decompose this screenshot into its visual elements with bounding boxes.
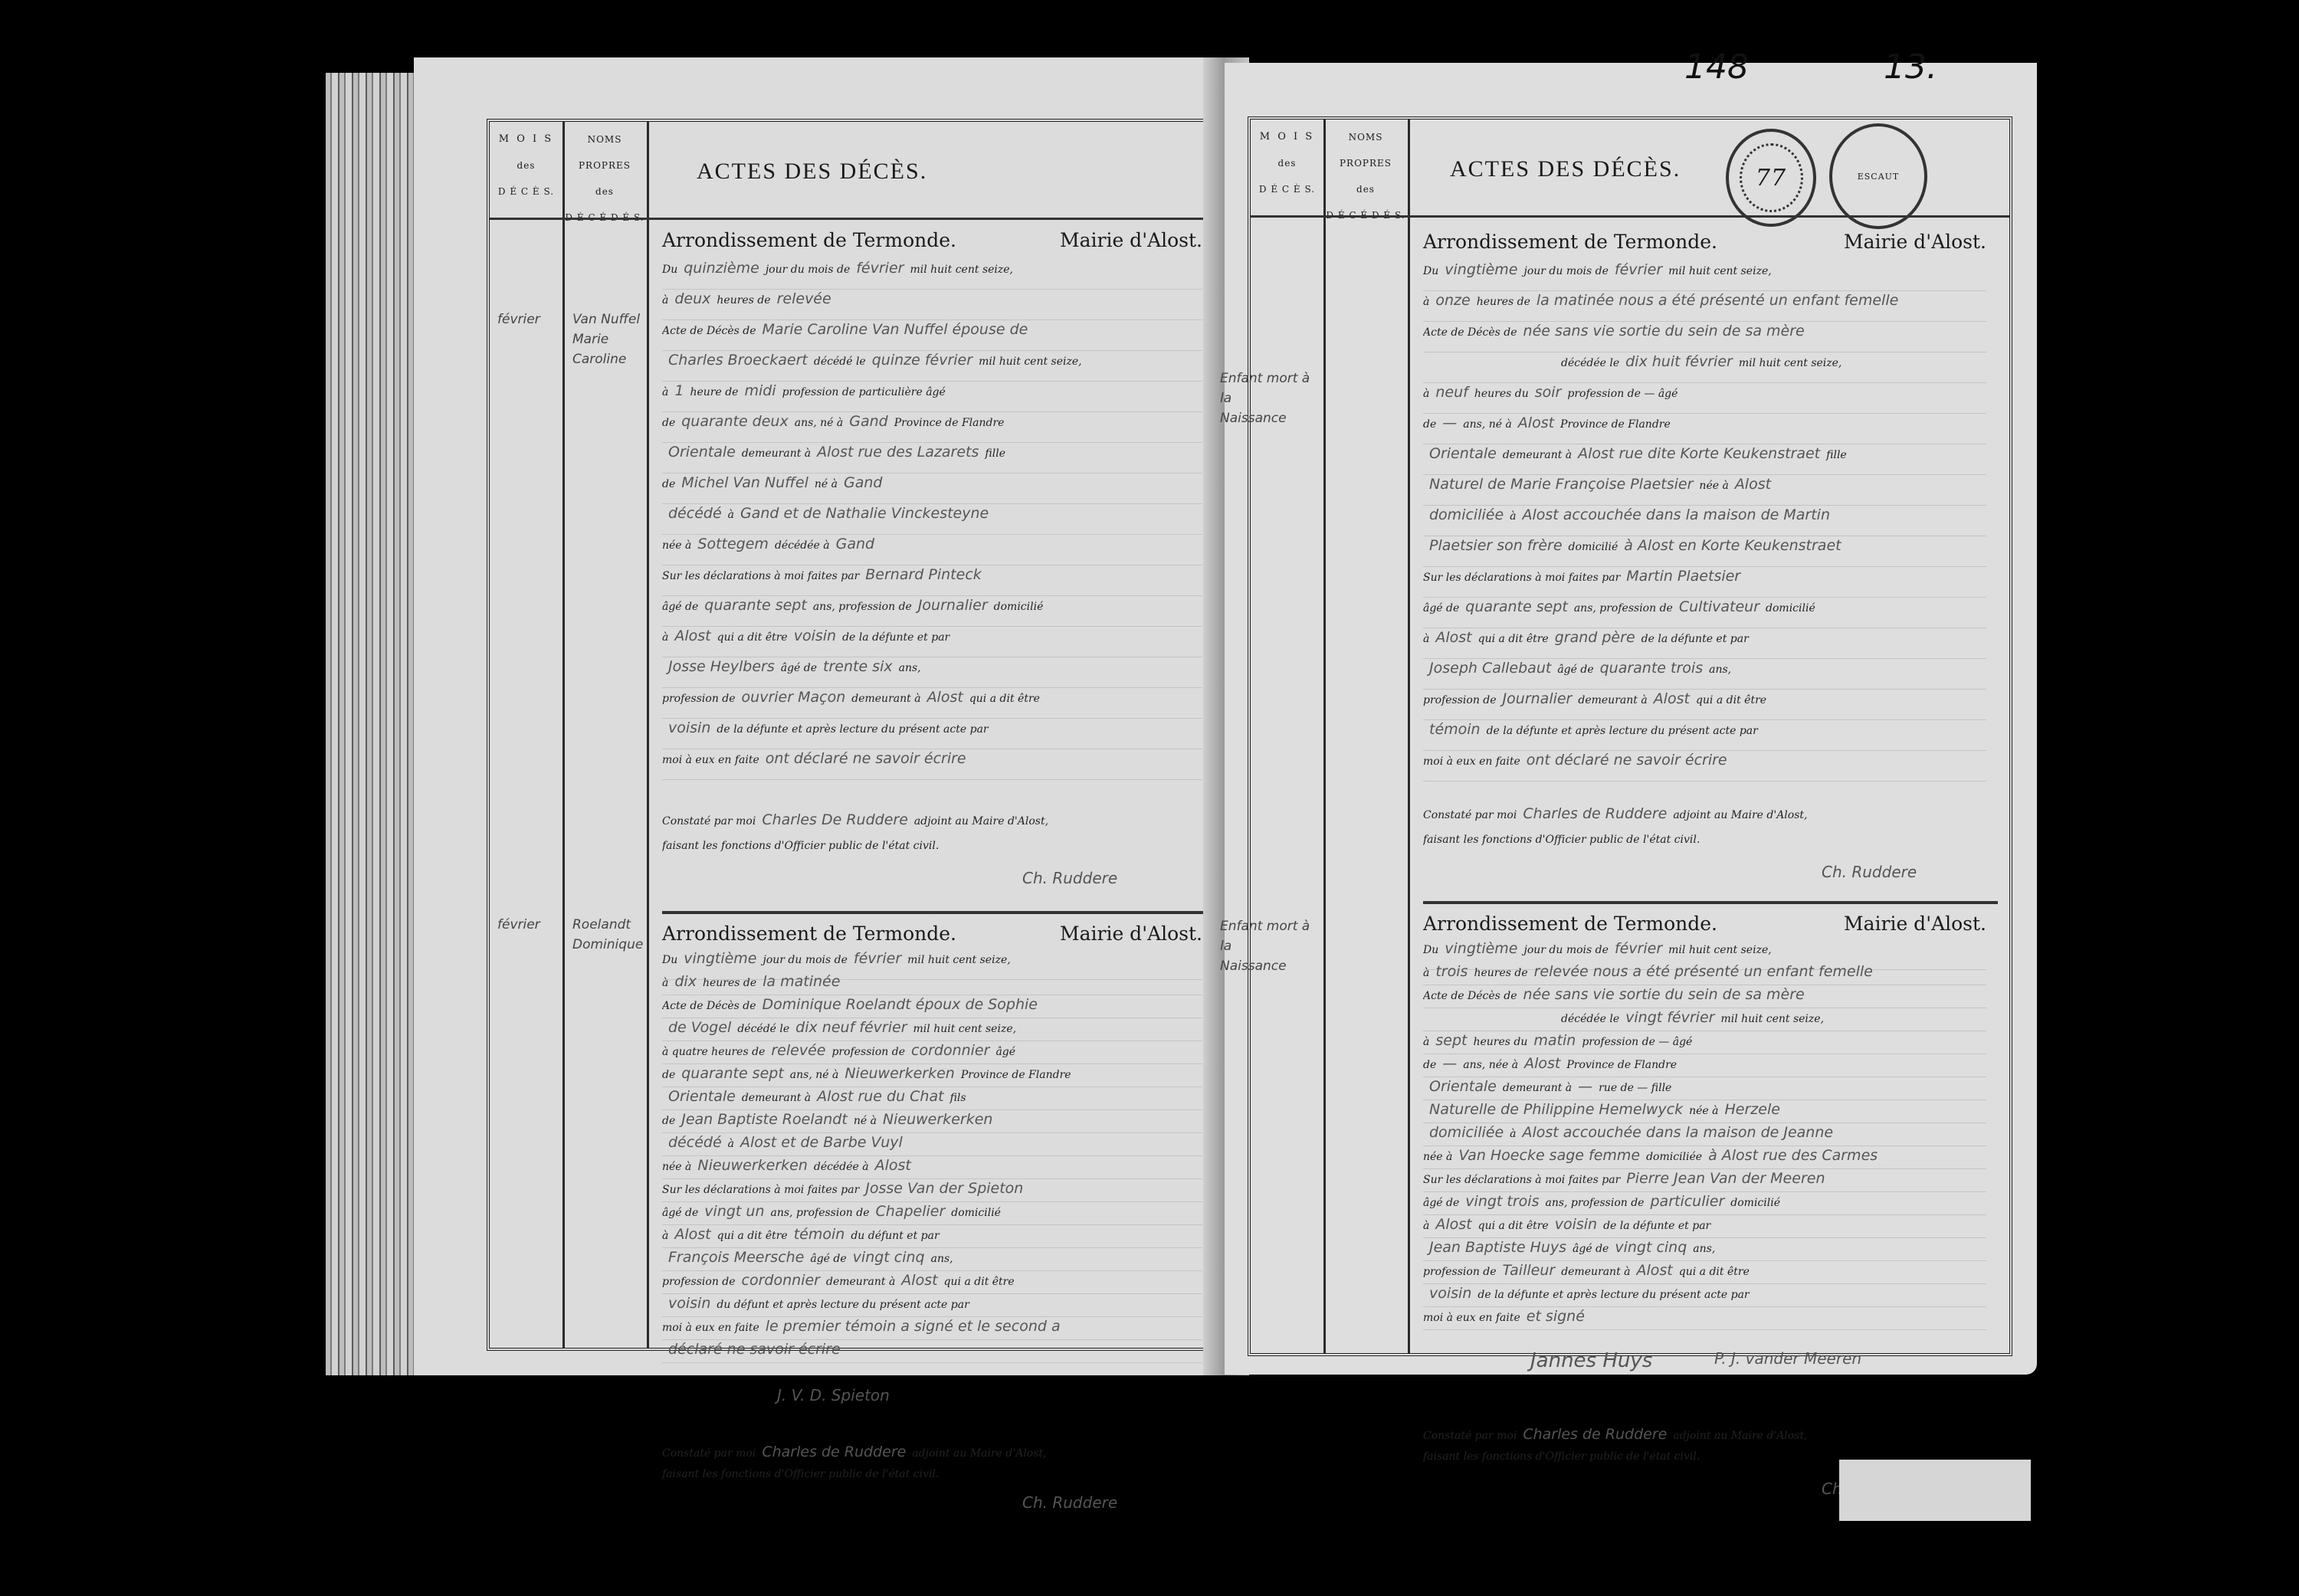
- act-line: dequarante septans, né àNieuwerkerkenPro…: [662, 1065, 1202, 1087]
- act-separator: [1423, 901, 1998, 904]
- mairie-heading: Mairie d'Alost.: [1844, 231, 1986, 253]
- act-line: Plaetsier son frèredomiciliéà Alost en K…: [1423, 537, 1986, 567]
- header-month-line-2: des: [490, 152, 562, 179]
- act-line: âgé devingt unans, profession deChapelie…: [662, 1203, 1202, 1225]
- act-line: Acte de Décès deMarie Caroline Van Nuffe…: [662, 321, 1202, 351]
- official-signature: Ch. Ruddere: [1022, 869, 1117, 887]
- act-line: voisinde la défunte et après lecture du …: [1423, 1285, 1986, 1307]
- act-line: décédéàAlost et de Barbe Vuyl: [662, 1134, 1202, 1156]
- left-register-frame: M O I S des D É C È S. NOMS PROPRES des …: [487, 119, 1221, 1351]
- act-line: Acte de Décès denée sans vie sortie du s…: [1423, 323, 1986, 352]
- arrondissement-heading: Arrondissement de Termonde.: [662, 229, 956, 251]
- header-names-line-2: des: [1323, 176, 1408, 202]
- act-line: Jean Baptiste Huysâgé devingt cinqans,: [1423, 1239, 1986, 1261]
- witness-signature: Jannes Huys: [1530, 1349, 1652, 1372]
- act-line: François Meerscheâgé devingt cinqans,: [662, 1249, 1202, 1271]
- act-line: née àSottegemdécédée àGand: [662, 536, 1202, 565]
- margin-note-line-1: Enfant mort à la: [1220, 916, 1320, 956]
- act-line: Orientaledemeurant à—rue de — fille: [1423, 1078, 1986, 1100]
- act-line: décédée ledix huit févriermil huit cent …: [1423, 353, 1986, 383]
- act-line: Charles Broeckaertdécédé lequinze févrie…: [662, 352, 1202, 382]
- act-separator: [662, 911, 1214, 914]
- act-line: Sur les déclarations à moi faites parPie…: [1423, 1170, 1986, 1192]
- death-act: Arrondissement de Termonde. Mairie d'Alo…: [1423, 913, 1994, 1349]
- act-line: Sur les déclarations à moi faites parBer…: [662, 566, 1202, 596]
- margin-name-surname: Van Nuffel: [572, 310, 649, 329]
- margin-note-stillbirth: Enfant mort à la Naissance: [1220, 369, 1320, 428]
- act-line: moi à eux en faiteont déclaré ne savoir …: [662, 750, 1202, 780]
- book-page-edges: [326, 73, 418, 1375]
- act-line: àonzeheures dela matinée nous a été prés…: [1423, 292, 1986, 322]
- act-line: Orientaledemeurant àAlost rue du Chatfil…: [662, 1088, 1202, 1110]
- act-line: Orientaledemeurant àAlost rue des Lazare…: [662, 444, 1202, 474]
- act-line: née àNieuwerkerkendécédée àAlost: [662, 1157, 1202, 1179]
- left-page: M O I S des D É C È S. NOMS PROPRES des …: [414, 57, 1225, 1375]
- act-line: àtroisheures derelevée nous a été présen…: [1423, 963, 1986, 985]
- header-month: M O I S des D É C È S.: [1251, 120, 1323, 215]
- arrondissement-heading: Arrondissement de Termonde.: [1423, 231, 1717, 253]
- header-names: NOMS PROPRES des D É C É D É S.: [562, 122, 647, 218]
- margin-name-given: Dominique: [572, 935, 649, 955]
- arrondissement-heading: Arrondissement de Termonde.: [662, 923, 956, 945]
- margin-note-line-2: Naissance: [1220, 408, 1320, 428]
- margin-note-stillbirth: Enfant mort à la Naissance: [1220, 916, 1320, 976]
- header-month-line-2: des: [1251, 150, 1323, 176]
- act-line: àneufheures dusoirprofession de — âgé: [1423, 384, 1986, 414]
- act-line: àdixheures dela matinée: [662, 973, 1202, 995]
- act-line: àAlostqui a dit êtregrand pèrede la défu…: [1423, 629, 1986, 659]
- act-line: Acte de Décès deDominique Roelandt époux…: [662, 996, 1202, 1018]
- stamp-value: ESCAUT: [1858, 172, 1900, 182]
- act-line: Orientaledemeurant àAlost rue dite Korte…: [1423, 445, 1986, 475]
- header-names: NOMS PROPRES des D É C É D É S.: [1323, 120, 1408, 215]
- margin-name-given: Marie Caroline: [572, 329, 649, 369]
- act-line: domiciliéeàAlost accouchée dans la maiso…: [1423, 506, 1986, 536]
- act-line: Sur les déclarations à moi faites parMar…: [1423, 568, 1986, 598]
- header-month-line-1: M O I S: [1251, 124, 1323, 150]
- arrondissement-heading: Arrondissement de Termonde.: [1423, 913, 1717, 935]
- act-line: témoinde la défunte et après lecture du …: [1423, 721, 1986, 751]
- act-line: deJean Baptiste Roelandtné àNieuwerkerke…: [662, 1111, 1202, 1133]
- folio-page-number: 13.: [1884, 48, 1937, 87]
- officer-line: faisant les fonctions d'Officier public …: [662, 838, 1202, 867]
- margin-note-line-1: Enfant mort à la: [1220, 369, 1320, 408]
- act-line: àAlostqui a dit êtretémoindu défunt et p…: [662, 1226, 1202, 1248]
- right-page: 148 13. M O I S des D É C È S. NOMS PROP…: [1225, 63, 2037, 1375]
- header-month-line-3: D É C È S.: [1251, 176, 1323, 202]
- margin-month: février: [497, 310, 562, 329]
- officer-line: faisant les fonctions d'Officier public …: [662, 1467, 1202, 1496]
- header-month: M O I S des D É C È S.: [490, 122, 562, 218]
- act-line: âgé dequarante septans, profession deJou…: [662, 597, 1202, 627]
- constate-line: Constaté par moiCharles de Ruddereadjoin…: [1423, 805, 1986, 834]
- act-line: moi à eux en faitele premier témoin a si…: [662, 1318, 1202, 1340]
- act-line: décédéàGand et de Nathalie Vinckesteyne: [662, 505, 1202, 535]
- header-names-line-1: NOMS PROPRES: [1323, 124, 1408, 176]
- col-names-divider: [1323, 120, 1410, 1353]
- act-line: Sur les déclarations à moi faites parJos…: [662, 1180, 1202, 1202]
- bottom-page-corner: [1839, 1460, 2031, 1521]
- act-line: domiciliéeàAlost accouchée dans la maiso…: [1423, 1124, 1986, 1146]
- death-act: Arrondissement de Termonde. Mairie d'Alo…: [662, 229, 1210, 903]
- act-line: voisinde la défunte et après lecture du …: [662, 719, 1202, 749]
- act-line: àseptheures dumatinprofession de — âgé: [1423, 1032, 1986, 1054]
- act-line: àAlostqui a dit êtrevoisinde la défunte …: [662, 628, 1202, 657]
- header-rule: [1251, 215, 2009, 218]
- folio-stamped-number: 148: [1684, 48, 1749, 87]
- act-line: de—ans, né àAlostProvince de Flandre: [1423, 415, 1986, 444]
- act-line: àdeuxheures derelevée: [662, 290, 1202, 320]
- stamp-value: 77: [1740, 143, 1803, 212]
- act-line: Acte de Décès denée sans vie sortie du s…: [1423, 986, 1986, 1008]
- margin-deceased-name: Roelandt Dominique: [572, 915, 649, 955]
- act-line: Naturel de Marie Françoise Plaetsiernée …: [1423, 476, 1986, 506]
- act-line: déclaré ne savoir écrire: [662, 1341, 1202, 1363]
- official-signature: Ch. Ruddere: [1822, 863, 1917, 881]
- right-register-frame: M O I S des D É C È S. NOMS PROPRES des …: [1248, 116, 2012, 1356]
- header-rule: [490, 218, 1218, 220]
- official-signature: Ch. Ruddere: [1022, 1493, 1117, 1512]
- col-month-divider: [490, 122, 565, 1348]
- death-act: Arrondissement de Termonde. Mairie d'Alo…: [1423, 231, 1994, 897]
- margin-deceased-name: Van Nuffel Marie Caroline: [572, 310, 649, 369]
- constate-line: Constaté par moiCharles De Ruddereadjoin…: [662, 811, 1202, 841]
- act-line: profession deTailleurdemeurant àAlostqui…: [1423, 1262, 1986, 1284]
- mairie-heading: Mairie d'Alost.: [1060, 923, 1202, 945]
- page-title: ACTES DES DÉCÈS.: [697, 159, 927, 185]
- act-line: de Vogeldécédé ledix neuf févriermil hui…: [662, 1019, 1202, 1041]
- act-line: profession decordonnierdemeurant àAlostq…: [662, 1272, 1202, 1294]
- page-title: ACTES DES DÉCÈS.: [1450, 156, 1681, 182]
- act-line: Duvingtièmejour du mois defévriermil hui…: [1423, 261, 1986, 291]
- act-line: deMichel Van Nuffelné àGand: [662, 474, 1202, 504]
- act-line: âgé dequarante septans, profession deCul…: [1423, 598, 1986, 628]
- col-names-divider: [562, 122, 649, 1348]
- header-names-line-1: NOMS PROPRES: [562, 126, 647, 179]
- act-line: profession deJournalierdemeurant àAlostq…: [1423, 690, 1986, 720]
- header-month-line-3: D É C È S.: [490, 179, 562, 205]
- timbre-royal-stamp: ESCAUT: [1829, 123, 1927, 229]
- timbre-extraordinaire-stamp: 77: [1726, 129, 1816, 227]
- death-act: Arrondissement de Termonde. Mairie d'Alo…: [662, 923, 1210, 1352]
- mairie-heading: Mairie d'Alost.: [1060, 229, 1202, 251]
- act-line: âgé devingt troisans, profession departi…: [1423, 1193, 1986, 1215]
- act-line: décédée levingt févriermil huit cent sei…: [1423, 1009, 1986, 1031]
- act-line: Naturelle de Philippine Hemelwycknée àHe…: [1423, 1101, 1986, 1123]
- witness-signature: P. J. vander Meeren: [1714, 1349, 1861, 1368]
- act-line: moi à eux en faiteet signé: [1423, 1308, 1986, 1330]
- act-line: à1heure demidiprofession de particulière…: [662, 382, 1202, 412]
- mairie-heading: Mairie d'Alost.: [1844, 913, 1986, 935]
- act-line: Duquinzièmejour du mois defévriermil hui…: [662, 260, 1202, 290]
- witness-signature: J. V. D. Spieton: [777, 1386, 890, 1404]
- header-names-line-2: des: [562, 179, 647, 205]
- header-month-line-1: M O I S: [490, 126, 562, 152]
- margin-month: février: [497, 915, 562, 935]
- act-line: Joseph Callebautâgé dequarante troisans,: [1423, 660, 1986, 690]
- act-line: moi à eux en faiteont déclaré ne savoir …: [1423, 752, 1986, 782]
- act-line: profession deouvrier Maçondemeurant àAlo…: [662, 689, 1202, 719]
- act-line: dequarante deuxans, né àGandProvince de …: [662, 413, 1202, 443]
- officer-line: faisant les fonctions d'Officier public …: [1423, 832, 1986, 861]
- col-month-divider: [1251, 120, 1326, 1353]
- act-line: voisindu défunt et après lecture du prés…: [662, 1295, 1202, 1317]
- margin-note-line-2: Naissance: [1220, 956, 1320, 976]
- act-line: de—ans, née àAlostProvince de Flandre: [1423, 1055, 1986, 1077]
- act-line: née àVan Hoecke sage femmedomiciliéeà Al…: [1423, 1147, 1986, 1169]
- act-line: àAlostqui a dit êtrevoisinde la défunte …: [1423, 1216, 1986, 1238]
- margin-name-surname: Roelandt: [572, 915, 649, 935]
- act-line: Josse Heylbersâgé detrente sixans,: [662, 658, 1202, 688]
- act-line: à quatre heures derelevéeprofession deco…: [662, 1042, 1202, 1064]
